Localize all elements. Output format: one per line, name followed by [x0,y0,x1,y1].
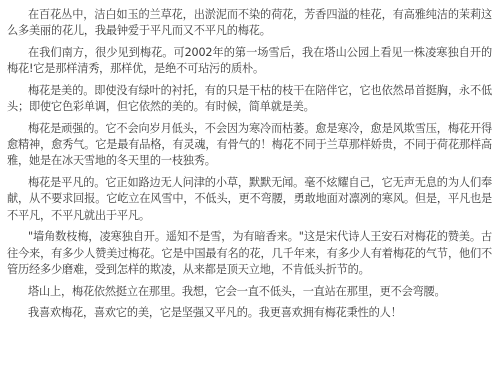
paragraph-beautiful: 梅花是美的。即使没有绿叶的衬托，有的只是干枯的枝干在陪伴它，它也依然昂首挺胸，永… [7,83,492,115]
paragraph-conclusion: 我喜欢梅花，喜欢它的美，它是坚强又平凡的。我更喜欢拥有梅花秉性的人！ [7,305,492,321]
paragraph-tenacious: 梅花是顽强的。它不会向岁月低头，不会因为寒冷而枯萎。愈是寒冷，愈是风欺雪压，梅花… [7,121,492,170]
paragraph-ordinary: 梅花是平凡的。它正如路边无人问津的小草，默默无闻。毫不炫耀自己，它无声无息的为人… [7,175,492,224]
paragraph-tashan: 塔山上，梅花依然挺立在那里。我想，它会一直不低头，一直站在那里，更不会弯腰。 [7,284,492,300]
essay-document: 在百花丛中，洁白如玉的兰草花，出淤泥而不染的荷花，芳香四溢的桂花，有高雅纯洁的茉… [0,0,500,368]
paragraph-poem: "墙角数枝梅，凌寒独自开。遥知不是雪，为有暗香来。"这是宋代诗人王安石对梅花的赞… [7,229,492,278]
paragraph-intro: 在百花丛中，洁白如玉的兰草花，出淤泥而不染的荷花，芳香四溢的桂花，有高雅纯洁的茉… [7,7,492,39]
paragraph-south: 在我们南方，很少见到梅花。可2002年的第一场雪后，我在塔山公园上看见一株凌寒独… [7,45,492,77]
